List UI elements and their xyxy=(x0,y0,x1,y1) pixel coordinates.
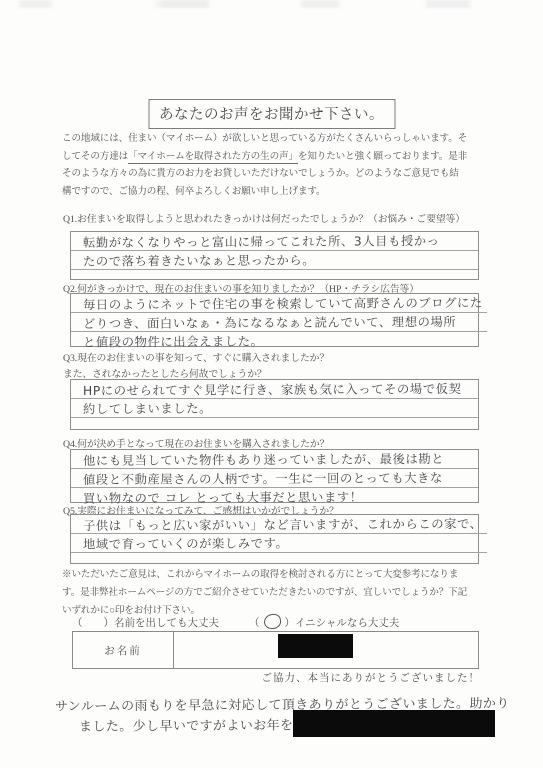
answer-line: と値段の物件に出会えました。 xyxy=(71,332,487,350)
question-4-label: Q4.何が決め手となって現在のお住まいを購入されましたか？ xyxy=(63,436,481,450)
handwritten-note-line-2: ました。少し早いですがよいお年を！ xyxy=(79,714,307,735)
note-line-1: ※いただいたご意見は、これからマイホームの取得を検討される方にとって大変参考にな… xyxy=(62,566,483,584)
answer-line: 他にも見当していた物件もあり迷っていましたが、最後は勘と xyxy=(71,450,478,469)
consent-option-name-ok: （ ）名前を出しても大丈夫 xyxy=(72,615,219,630)
intro-line-1: この地域には、住まい（マイホーム）が欲しいと思っている方がたくさんいらっしゃいま… xyxy=(62,130,483,148)
consent-option-initials-ok: （ ） イニシャルなら大丈夫 xyxy=(249,614,399,631)
answer-line: 値段と不動産屋さんの人柄です。一生に一回のとっても大きな xyxy=(71,469,478,488)
thanks-message: ご協力、本当にありがとうございました！ xyxy=(262,670,481,685)
answer-line xyxy=(71,418,478,429)
question-3-label: Q3.現在のお住まいの事を知って、すぐに購入されましたか？ xyxy=(63,350,481,364)
scanned-questionnaire-page: あなたのお声をお聞かせ下さい。 この地域には、住まい（マイホーム）が欲しいと思っ… xyxy=(0,0,543,768)
note-line-2: す。是非弊社ホームページの方でご紹介させていただきたいのですが、宜しいでしょうか… xyxy=(62,584,483,602)
intro-line-2: してその方達は「マイホームを取得された方の生の声」を知りたいと強く願っております… xyxy=(62,148,483,166)
answer-line xyxy=(71,553,487,563)
answer-line: 転勤がなくなりやっと富山に帰ってこれた所、3人目も授かっ xyxy=(71,232,478,251)
intro-line-4: 構ですので、ご協力の程、何卒よろしくお願い申し上げます。 xyxy=(62,183,483,201)
page-title: あなたのお声をお聞かせ下さい。 xyxy=(148,99,395,129)
underlined-phrase: 「マイホームを取得された方の生の声」 xyxy=(128,151,298,164)
answer-line: 地域で育っていくのが楽しみです。 xyxy=(71,534,487,553)
answer-line: たので落ち着きたいなぁと思ったから。 xyxy=(71,251,478,270)
question-1-label: Q1.お住まいを取得しようと思われたきっかけは何だったでしょうか？（お悩み・ご要… xyxy=(63,211,481,225)
intro-paragraph: この地域には、住まい（マイホーム）が欲しいと思っている方がたくさんいらっしゃいま… xyxy=(62,130,483,200)
answer-line: どりつき、面白いなぁ・為になるなぁと読んでいて、理想の場所 xyxy=(71,313,487,332)
scan-artifact-top xyxy=(0,0,543,8)
answer-line xyxy=(71,270,478,279)
consent-options-row: （ ）名前を出しても大丈夫 （ ） イニシャルなら大丈夫 xyxy=(72,614,482,631)
publication-consent-note: ※いただいたご意見は、これからマイホームの取得を検討される方にとって大変参考にな… xyxy=(62,566,483,621)
name-field-value xyxy=(174,632,478,668)
question-5-answer-box: 子供は「もっと広い家がいい」など言いますが、これからこの家で、 地域で育っていく… xyxy=(70,514,479,564)
question-1-answer-box: 転勤がなくなりやっと富山に帰ってこれた所、3人目も授かっ たので落ち着きたいなぁ… xyxy=(70,231,479,280)
name-redaction-box xyxy=(278,634,353,658)
intro-line-3: そのような方々の為に貴方のお力をお貸しいただけないでしょうか。どのようなご意見で… xyxy=(62,165,483,183)
answer-line: 毎日のようにネットで住宅の事を検索していて高野さんのブログにた xyxy=(71,294,487,313)
answer-line: HPにのせられてすぐ見学に行き、家族も気に入ってその場で仮契 xyxy=(71,380,478,399)
answer-line: 約してしまいました。 xyxy=(71,399,478,418)
name-field-table: お名前 xyxy=(72,631,479,669)
handwritten-circle-mark xyxy=(263,613,282,630)
signature-redaction-box xyxy=(293,710,495,737)
question-3-answer-box: HPにのせられてすぐ見学に行き、家族も気に入ってその場で仮契 約してしまいました… xyxy=(70,379,479,430)
question-4-answer-box: 他にも見当していた物件もあり迷っていましたが、最後は勘と 値段と不動産屋さんの人… xyxy=(70,449,479,503)
answer-line: 子供は「もっと広い家がいい」など言いますが、これからこの家で、 xyxy=(71,515,487,534)
name-field-label: お名前 xyxy=(73,632,174,668)
question-2-answer-box: 毎日のようにネットで住宅の事を検索していて高野さんのブログにた どりつき、面白い… xyxy=(70,293,479,347)
question-3-label-line2: また、されなかったとしたら何故でしょうか？ xyxy=(63,366,481,380)
